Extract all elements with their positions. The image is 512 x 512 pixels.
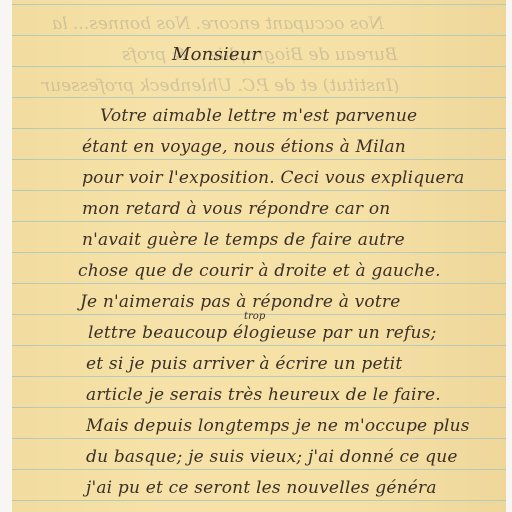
ruled-line bbox=[12, 345, 506, 346]
ruled-line bbox=[12, 252, 506, 253]
body-line: mon retard à vous répondre car on bbox=[82, 199, 390, 219]
body-line: lettre beaucoup élogieuse par un refus; bbox=[88, 323, 437, 343]
body-line: et si je puis arriver à écrire un petit bbox=[86, 354, 402, 374]
ruled-line bbox=[12, 407, 506, 408]
body-line: étant en voyage, nous étions à Milan bbox=[82, 137, 406, 157]
ruled-line bbox=[12, 283, 506, 284]
bleedthrough-text: (Institut) et de P.C. Uhlenbeck professe… bbox=[42, 76, 399, 96]
body-line: pour voir l'exposition. Ceci vous expliq… bbox=[82, 168, 464, 188]
salutation: Monsieur bbox=[172, 44, 260, 65]
ruled-line bbox=[12, 66, 506, 67]
letter-page: Nos occupant encore. Nos bonnes... la Bu… bbox=[12, 0, 506, 512]
ruled-line bbox=[12, 500, 506, 501]
ruled-line bbox=[12, 4, 506, 5]
ruled-line bbox=[12, 221, 506, 222]
ruled-line bbox=[12, 97, 506, 98]
body-line: du basque; je suis vieux; j'ai donné ce … bbox=[86, 447, 458, 467]
body-line: chose que de courir à droite et à gauche… bbox=[78, 261, 441, 281]
body-line: article je serais très heureux de le fai… bbox=[86, 385, 441, 405]
body-line: Votre aimable lettre m'est parvenue bbox=[100, 106, 417, 126]
ruled-line bbox=[12, 469, 506, 470]
ruled-line bbox=[12, 35, 506, 36]
body-line: Je n'aimerais pas à répondre à votre bbox=[80, 292, 401, 312]
ruled-line bbox=[12, 128, 506, 129]
ruled-line bbox=[12, 438, 506, 439]
ruled-line bbox=[12, 159, 506, 160]
body-line: j'ai pu et ce seront les nouvelles génér… bbox=[86, 478, 437, 498]
body-line: n'avait guère le temps de faire autre bbox=[82, 230, 405, 250]
body-line: Mais depuis longtemps je ne m'occupe plu… bbox=[86, 416, 470, 436]
bleedthrough-text: Nos occupant encore. Nos bonnes... la bbox=[52, 14, 384, 34]
ruled-line bbox=[12, 376, 506, 377]
ruled-line bbox=[12, 190, 506, 191]
interlinear-insert: trop bbox=[244, 311, 265, 322]
